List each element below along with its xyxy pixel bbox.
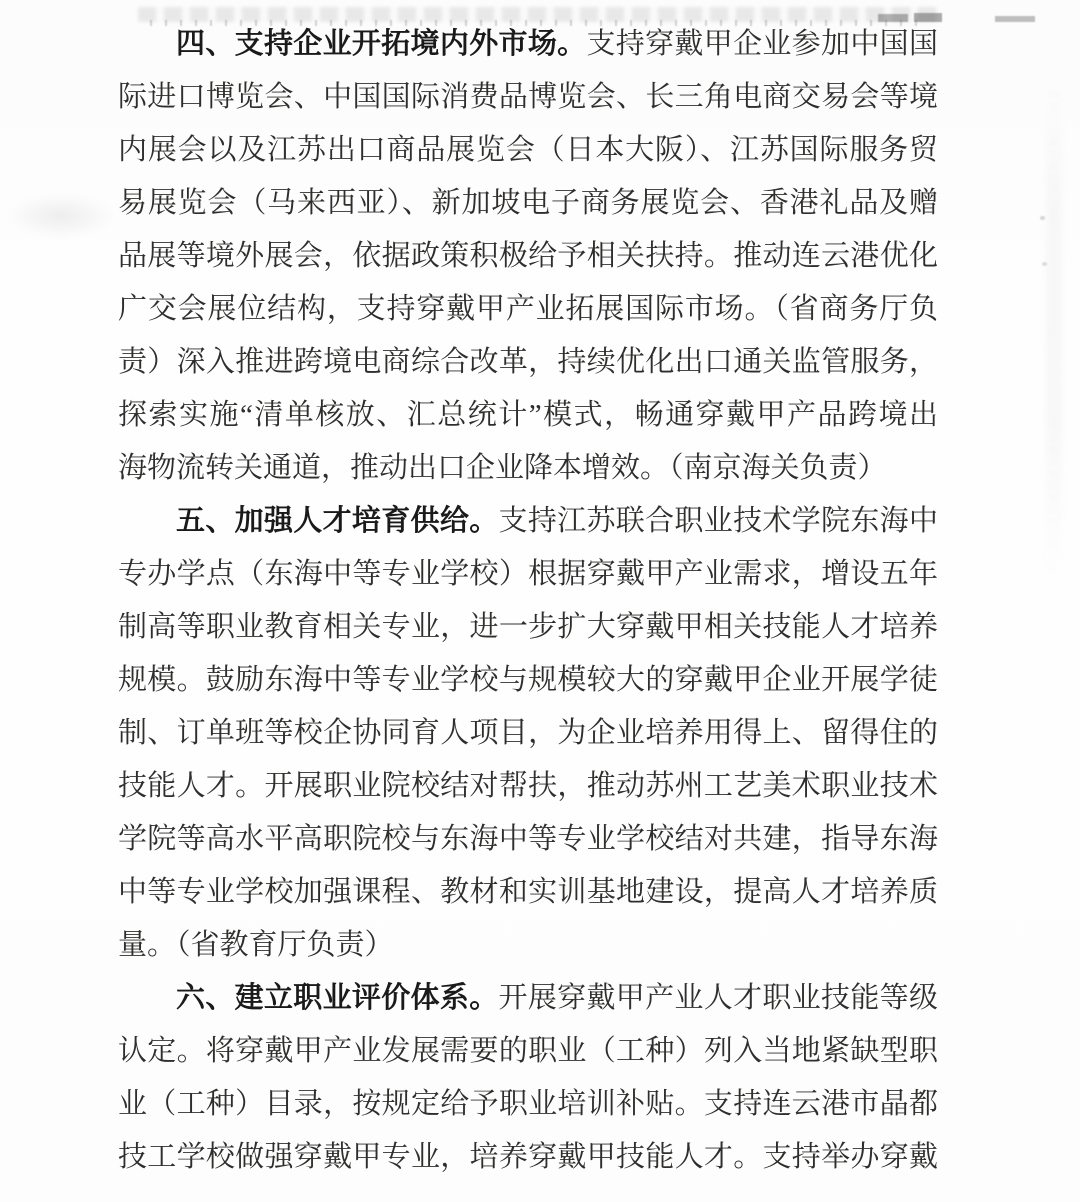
text-line: 五、加强人才培育供给。支持江苏联合职业技术学院东海中 xyxy=(118,495,938,548)
scan-speck xyxy=(1042,262,1047,266)
text-line: 易展览会（马来西亚）、新加坡电子商务展览会、香港礼品及赠 xyxy=(118,177,938,230)
left-margin-smudge xyxy=(6,193,116,239)
text-line: 责）深入推进跨境电商综合改革，持续优化出口通关监管服务， xyxy=(118,336,938,389)
section-4-market-expansion: 四、支持企业开拓境内外市场。支持穿戴甲企业参加中国国 际进口博览会、中国国际消费… xyxy=(118,18,938,495)
text-line: 探索实施“清单核放、汇总统计”模式，畅通穿戴甲产品跨境出 xyxy=(118,389,938,442)
line-text: 支持穿戴甲企业参加中国国 xyxy=(586,28,938,60)
text-line: 内展会以及江苏出口商品展览会（日本大阪）、江苏国际服务贸 xyxy=(118,124,938,177)
text-line: 际进口博览会、中国国际消费品博览会、长三角电商交易会等境 xyxy=(118,71,938,124)
text-line: 业（工种）目录，按规定给予职业培训补贴。支持连云港市晶都 xyxy=(118,1078,938,1131)
text-line: 认定。将穿戴甲产业发展需要的职业（工种）列入当地紧缺型职 xyxy=(118,1025,938,1078)
section-6-heading: 六、建立职业评价体系。 xyxy=(176,982,499,1014)
right-margin-scan-band xyxy=(1046,60,1062,580)
document-body: 四、支持企业开拓境内外市场。支持穿戴甲企业参加中国国 际进口博览会、中国国际消费… xyxy=(118,18,938,1184)
section-4-heading: 四、支持企业开拓境内外市场。 xyxy=(176,28,586,60)
text-line: 量。（省教育厅负责） xyxy=(118,919,938,972)
page-background: 四、支持企业开拓境内外市场。支持穿戴甲企业参加中国国 际进口博览会、中国国际消费… xyxy=(0,0,1080,1202)
text-line: 专办学点（东海中等专业学校）根据穿戴甲产业需求，增设五年 xyxy=(118,548,938,601)
bleed-through-dark-fragment xyxy=(995,16,1035,22)
section-5-heading: 五、加强人才培育供给。 xyxy=(176,505,499,537)
line-text: 开展穿戴甲产业人才职业技能等级 xyxy=(499,982,938,1014)
text-line: 制高等职业教育相关专业，进一步扩大穿戴甲相关技能人才培养 xyxy=(118,601,938,654)
scan-speck xyxy=(1040,216,1045,220)
text-line: 海物流转关通道，推动出口企业降本增效。（南京海关负责） xyxy=(118,442,938,495)
scanned-document-page: { "colors": { "page-bg": "#fdfdfd", "ink… xyxy=(0,0,1080,1202)
text-line: 品展等境外展会，依据政策积极给予相关扶持。推动连云港优化 xyxy=(118,230,938,283)
text-line: 六、建立职业评价体系。开展穿戴甲产业人才职业技能等级 xyxy=(118,972,938,1025)
text-line: 技工学校做强穿戴甲专业，培养穿戴甲技能人才。支持举办穿戴 xyxy=(118,1131,938,1184)
text-line: 中等专业学校加强课程、教材和实训基地建设，提高人才培养质 xyxy=(118,866,938,919)
text-line: 四、支持企业开拓境内外市场。支持穿戴甲企业参加中国国 xyxy=(118,18,938,71)
text-line: 规模。鼓励东海中等专业学校与规模较大的穿戴甲企业开展学徒 xyxy=(118,654,938,707)
text-line: 学院等高水平高职院校与东海中等专业学校结对共建，指导东海 xyxy=(118,813,938,866)
line-text: 支持江苏联合职业技术学院东海中 xyxy=(499,505,938,537)
section-6-vocational-evaluation: 六、建立职业评价体系。开展穿戴甲产业人才职业技能等级 认定。将穿戴甲产业发展需要… xyxy=(118,972,938,1184)
text-line: 制、订单班等校企协同育人项目，为企业培养用得上、留得住的 xyxy=(118,707,938,760)
text-line: 广交会展位结构，支持穿戴甲产业拓展国际市场。（省商务厅负 xyxy=(118,283,938,336)
text-line: 技能人才。开展职业院校结对帮扶，推动苏州工艺美术职业技术 xyxy=(118,760,938,813)
section-5-talent-cultivation: 五、加强人才培育供给。支持江苏联合职业技术学院东海中 专办学点（东海中等专业学校… xyxy=(118,495,938,972)
